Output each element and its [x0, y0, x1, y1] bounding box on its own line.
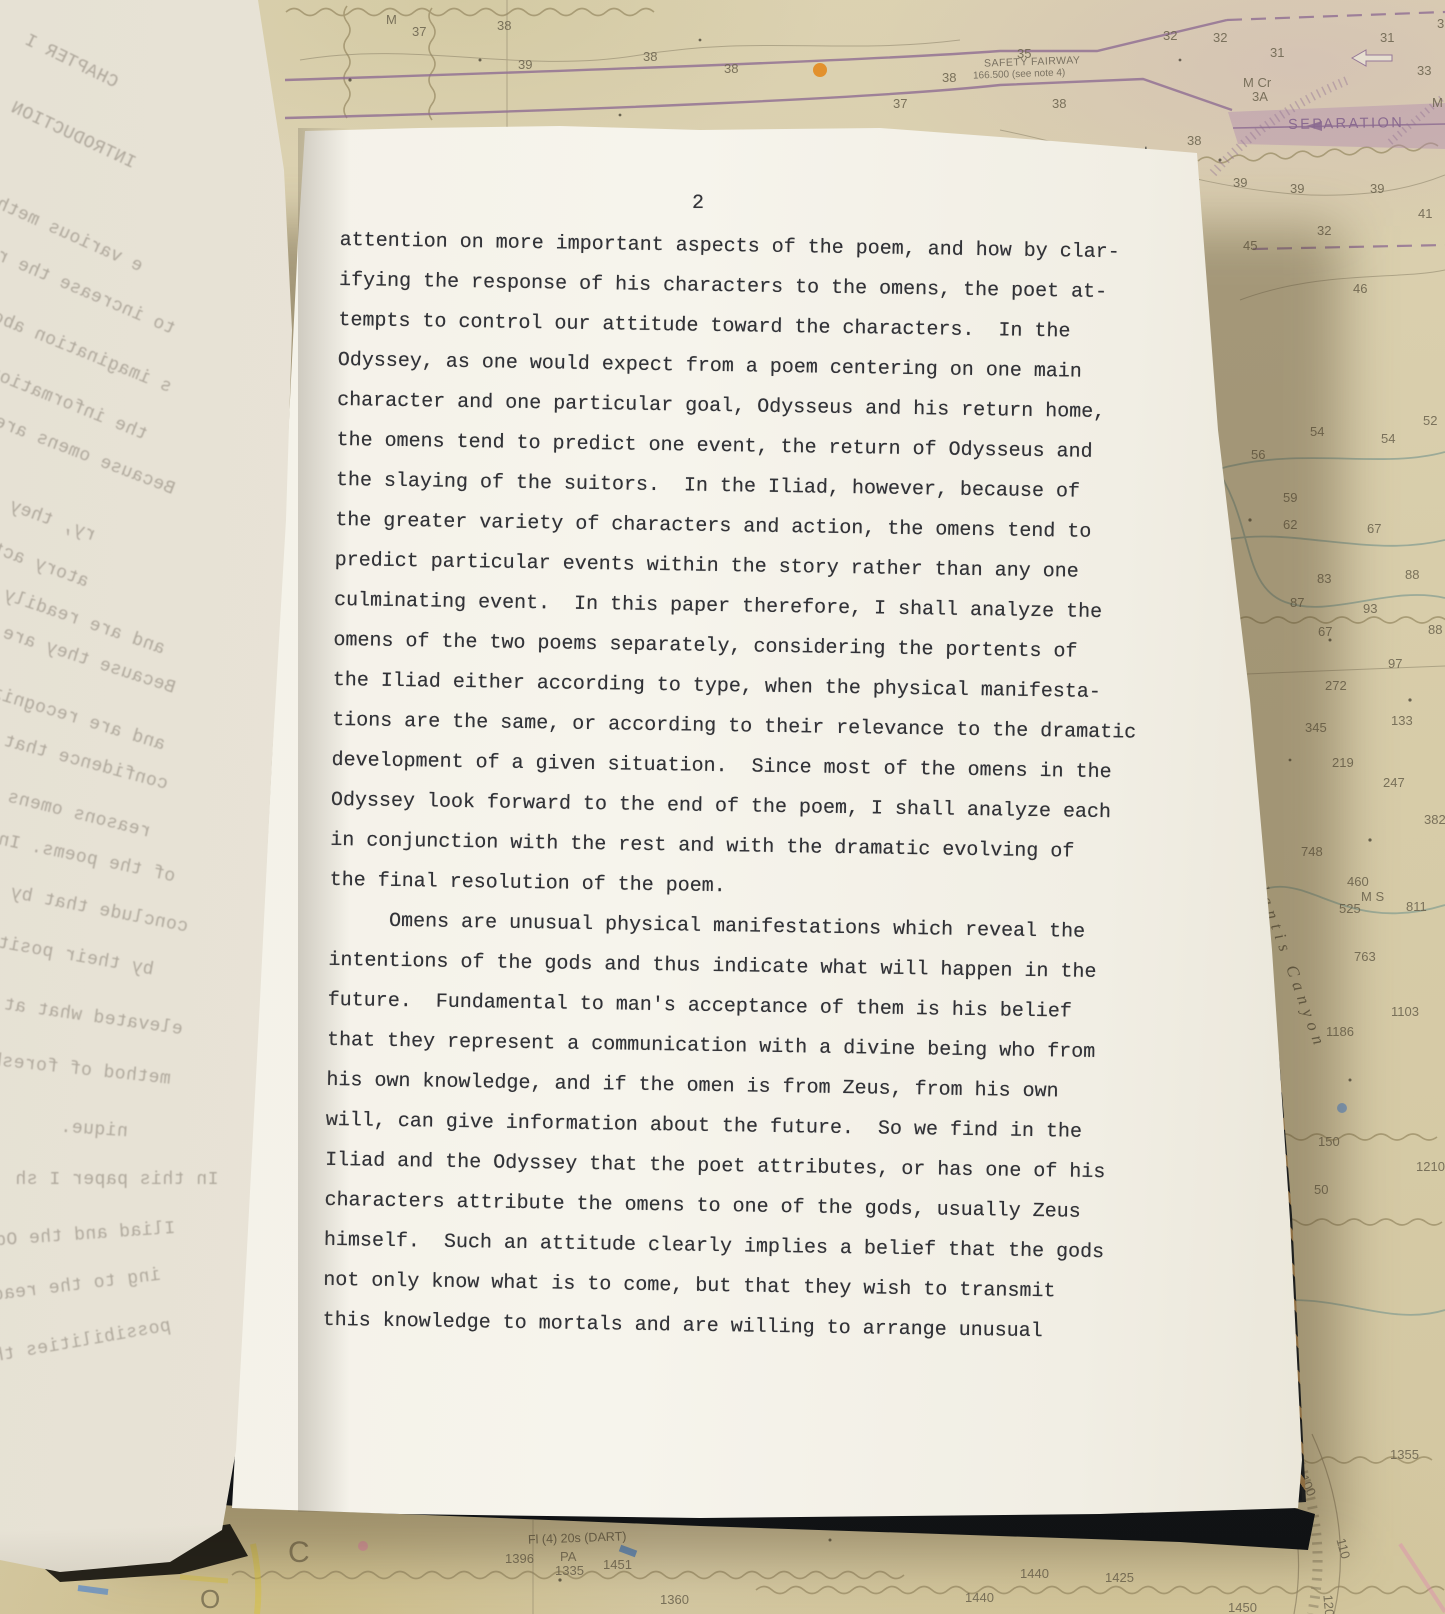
chart-number: 88 [1405, 567, 1419, 582]
chart-number: 1451 [603, 1557, 632, 1572]
chart-number: 97 [1388, 656, 1402, 671]
chart-number: 38 [497, 18, 511, 33]
mirrored-showthrough-text: elevated what at first [0, 986, 184, 1040]
chart-number: 460 [1347, 874, 1369, 889]
chart-number: 88 [1428, 622, 1442, 637]
chart-number: 67 [1367, 521, 1381, 536]
chart-number: 46 [1353, 281, 1367, 296]
mirrored-showthrough-text: method of foreshadow [0, 1046, 171, 1090]
chart-number: 382 [1424, 812, 1445, 827]
mirrored-showthrough-text: CHAPTER I [21, 31, 121, 94]
chart-number: 31 [1270, 45, 1284, 60]
chart-number: 525 [1339, 901, 1361, 916]
mirrored-showthrough-text: Because omens are [0, 412, 177, 500]
chart-number: 1210 [1416, 1159, 1445, 1174]
chart-number: 763 [1354, 949, 1376, 964]
chart-number: 31 [1380, 30, 1394, 45]
mirrored-showthrough-text: possibilities the [0, 1316, 172, 1369]
chart-number: M [1432, 95, 1443, 110]
chart-number: 54 [1381, 431, 1395, 446]
mirrored-showthrough-text: nique. [59, 1118, 128, 1143]
chart-number: 32 [1163, 28, 1177, 43]
chart-number: 39 [1370, 181, 1384, 196]
chart-number: 1355 [1390, 1447, 1419, 1462]
mirrored-showthrough-text: In this paper I sh [15, 1170, 218, 1190]
chart-number: 38 [1052, 96, 1066, 111]
chart-number: 1360 [660, 1592, 689, 1607]
chart-number: 39 [518, 57, 532, 72]
chart-number: 1335 [555, 1563, 584, 1578]
chart-number: 38 [643, 49, 657, 64]
chart-number: 120 [1320, 1594, 1337, 1614]
separation-zone-label: SEPARATION [1288, 115, 1405, 133]
chart-number: 33 [1417, 63, 1431, 78]
chart-number: 247 [1383, 775, 1405, 790]
chart-number: 31 [1437, 16, 1445, 31]
chart-number: 38 [724, 61, 738, 76]
chart-number: 1450 [1228, 1600, 1257, 1614]
mirrored-showthrough-text: by their positi [0, 931, 155, 980]
mirrored-showthrough-text: ry, they impres [0, 470, 98, 547]
chart-number: 39 [1290, 181, 1304, 196]
chart-number: 38 [1187, 133, 1201, 148]
chart-number: 1440 [1020, 1566, 1049, 1581]
chart-number: 133 [1391, 713, 1413, 728]
chart-number: 811 [1406, 899, 1427, 914]
chart-number: 35 [1017, 46, 1031, 61]
chart-number: M [386, 12, 397, 27]
chart-number: 1103 [1391, 1004, 1419, 1019]
chart-number: 1440 [965, 1590, 994, 1605]
chart-number: 37 [412, 24, 426, 39]
chart-number: 37 [893, 96, 907, 111]
photo-of-typed-page-on-nautical-chart: SAFETY FAIRWAY 166.500 (see note 4) SEPA… [0, 0, 1445, 1614]
chart-number: 3A [1252, 89, 1268, 104]
chart-number: 32 [1213, 30, 1227, 45]
mirrored-showthrough-text: INTRODUCTION [7, 98, 138, 173]
chart-number: M Cr [1243, 75, 1271, 90]
chart-number: 41 [1418, 206, 1432, 221]
mirrored-showthrough-text: Iliad and the Odys [0, 1219, 176, 1253]
mirrored-showthrough-text: ing to the reader. [0, 1266, 162, 1311]
chart-number: 93 [1363, 601, 1377, 616]
page-gutter-shadow [298, 128, 350, 1512]
page-number: 2 [692, 192, 704, 215]
chart-number: M S [1361, 889, 1384, 904]
grid-letter-o: O [200, 1584, 220, 1614]
typed-lines: attention on more important aspects of t… [322, 221, 1179, 1354]
chart-number: 52 [1423, 413, 1437, 428]
chart-number: 39 [1233, 175, 1247, 190]
chart-number: 38 [942, 70, 956, 85]
chart-number: 1425 [1105, 1570, 1134, 1585]
